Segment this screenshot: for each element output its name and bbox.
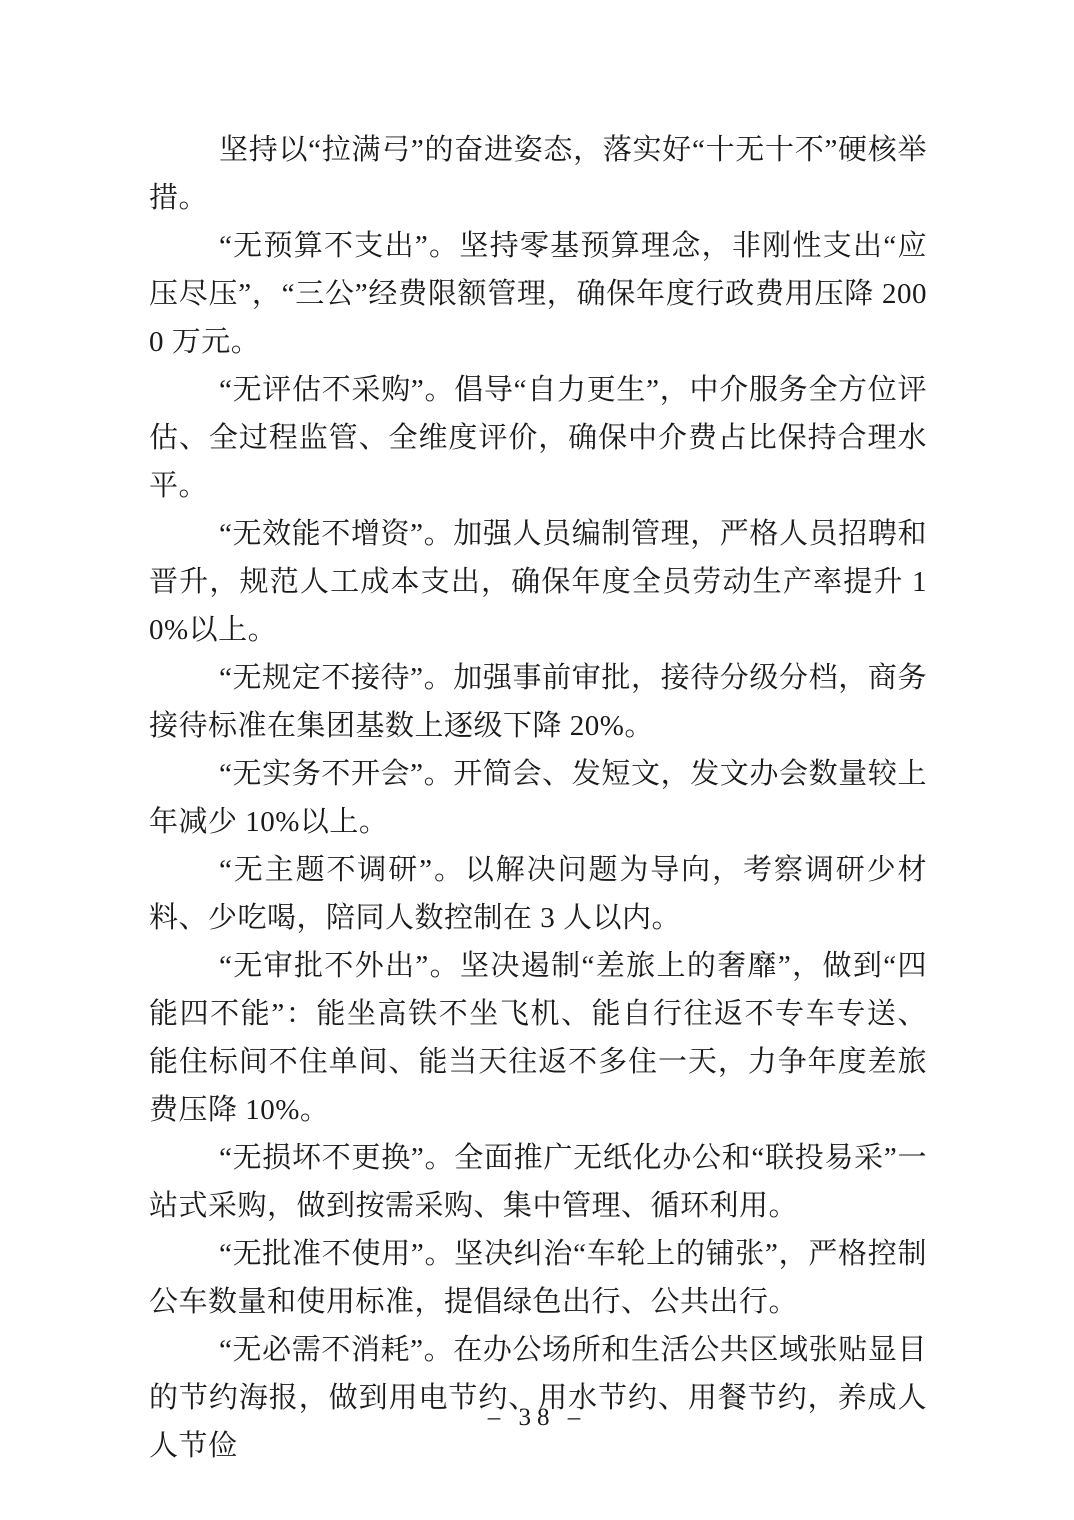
paragraph: “无主题不调研”。以解决问题为导向，考察调研少材料、少吃喝，陪同人数控制在 3 … bbox=[149, 846, 927, 942]
document-page: 坚持以“拉满弓”的奋进姿态，落实好“十无十不”硬核举措。 “无预算不支出”。坚持… bbox=[0, 0, 1074, 1520]
paragraph: “无损坏不更换”。全面推广无纸化办公和“联投易采”一站式采购，做到按需采购、集中… bbox=[149, 1134, 927, 1230]
paragraph: “无效能不增资”。加强人员编制管理，严格人员招聘和晋升，规范人工成本支出，确保年… bbox=[149, 510, 927, 654]
paragraph: “无实务不开会”。开简会、发短文，发文办会数量较上年减少 10%以上。 bbox=[149, 750, 927, 846]
paragraph: “无预算不支出”。坚持零基预算理念，非刚性支出“应压尽压”，“三公”经费限额管理… bbox=[149, 222, 927, 366]
paragraph: 坚持以“拉满弓”的奋进姿态，落实好“十无十不”硬核举措。 bbox=[149, 126, 927, 222]
paragraph: “无必需不消耗”。在办公场所和生活公共区域张贴显目的节约海报，做到用电节约、用水… bbox=[149, 1326, 927, 1470]
paragraph: “无评估不采购”。倡导“自力更生”，中介服务全方位评估、全过程监管、全维度评价，… bbox=[149, 366, 927, 510]
page-number: – 38 – bbox=[0, 1404, 1074, 1432]
document-body: 坚持以“拉满弓”的奋进姿态，落实好“十无十不”硬核举措。 “无预算不支出”。坚持… bbox=[149, 126, 927, 1470]
paragraph: “无规定不接待”。加强事前审批，接待分级分档，商务接待标准在集团基数上逐级下降 … bbox=[149, 654, 927, 750]
paragraph: “无批准不使用”。坚决纠治“车轮上的铺张”，严格控制公车数量和使用标准，提倡绿色… bbox=[149, 1230, 927, 1326]
paragraph: “无审批不外出”。坚决遏制“差旅上的奢靡”，做到“四能四不能”：能坐高铁不坐飞机… bbox=[149, 942, 927, 1134]
